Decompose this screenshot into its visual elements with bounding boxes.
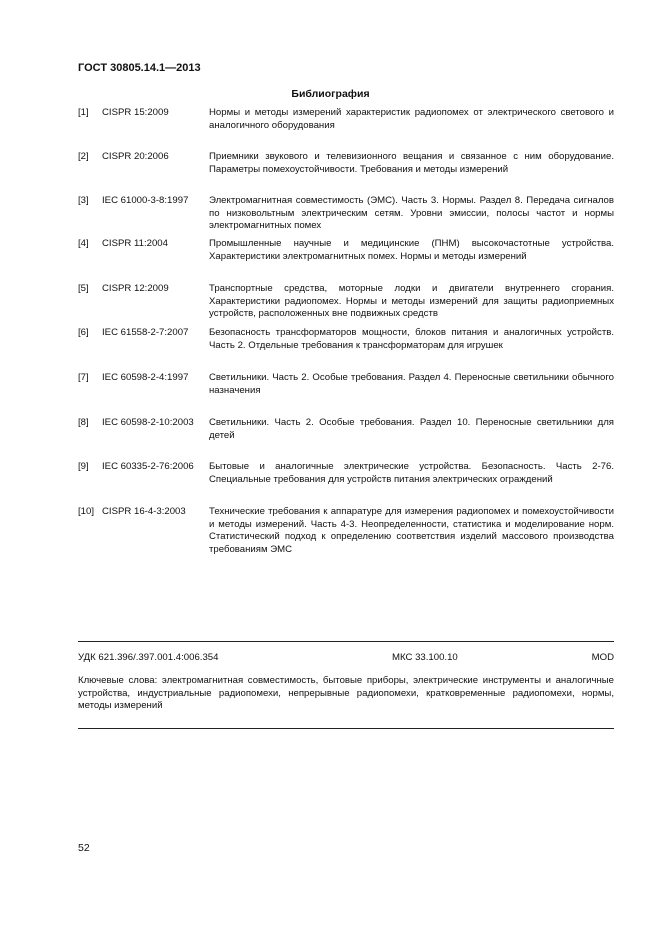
entry-number: [2] <box>78 151 89 164</box>
entry-description: Бытовые и аналогичные электрические устр… <box>209 461 614 486</box>
entry-number: [6] <box>78 327 89 340</box>
entry-number: [1] <box>78 107 89 120</box>
entry-standard-code: CISPR 12:2009 <box>102 283 169 296</box>
mks-code: МКС 33.100.10 <box>392 652 458 665</box>
entry-standard-code: IEC 61558-2-7:2007 <box>102 327 188 340</box>
entry-description: Светильники. Часть 2. Особые требования.… <box>209 417 614 442</box>
entry-standard-code: CISPR 16-4-3:2003 <box>102 506 186 519</box>
entry-number: [5] <box>78 283 89 296</box>
entry-standard-code: CISPR 15:2009 <box>102 107 169 120</box>
entry-number: [9] <box>78 461 89 474</box>
entry-description: Приемники звукового и телевизионного вещ… <box>209 151 614 176</box>
entry-standard-code: IEC 60335-2-76:2006 <box>102 461 194 474</box>
bibliography-title: Библиография <box>0 88 661 101</box>
modification-type: MOD <box>592 652 614 665</box>
udk-code: УДК 621.396/.397.001.4:006.354 <box>78 652 218 665</box>
entry-standard-code: IEC 60598-2-10:2003 <box>102 417 194 430</box>
entry-number: [10] <box>78 506 94 519</box>
entry-description: Электромагнитная совместимость (ЭМС). Ча… <box>209 195 614 233</box>
entry-standard-code: CISPR 11:2004 <box>102 238 168 251</box>
entry-description: Нормы и методы измерений характеристик р… <box>209 107 614 132</box>
page-number: 52 <box>78 842 90 855</box>
entry-standard-code: CISPR 20:2006 <box>102 151 169 164</box>
entry-number: [7] <box>78 372 89 385</box>
entry-number: [4] <box>78 238 89 251</box>
entry-standard-code: IEC 61000-3-8:1997 <box>102 195 188 208</box>
footer-top-rule <box>78 641 614 642</box>
keywords: Ключевые слова: электромагнитная совмест… <box>78 675 614 713</box>
footer-bottom-rule <box>78 728 614 729</box>
entry-number: [3] <box>78 195 89 208</box>
entry-description: Промышленные научные и медицинские (ПНМ)… <box>209 238 614 263</box>
entry-standard-code: IEC 60598-2-4:1997 <box>102 372 188 385</box>
entry-description: Безопасность трансформаторов мощности, б… <box>209 327 614 352</box>
entry-description: Транспортные средства, моторные лодки и … <box>209 283 614 321</box>
entry-number: [8] <box>78 417 89 430</box>
entry-description: Светильники. Часть 2. Особые требования.… <box>209 372 614 397</box>
entry-description: Технические требования к аппаратуре для … <box>209 506 614 556</box>
document-id-header: ГОСТ 30805.14.1—2013 <box>78 62 201 75</box>
